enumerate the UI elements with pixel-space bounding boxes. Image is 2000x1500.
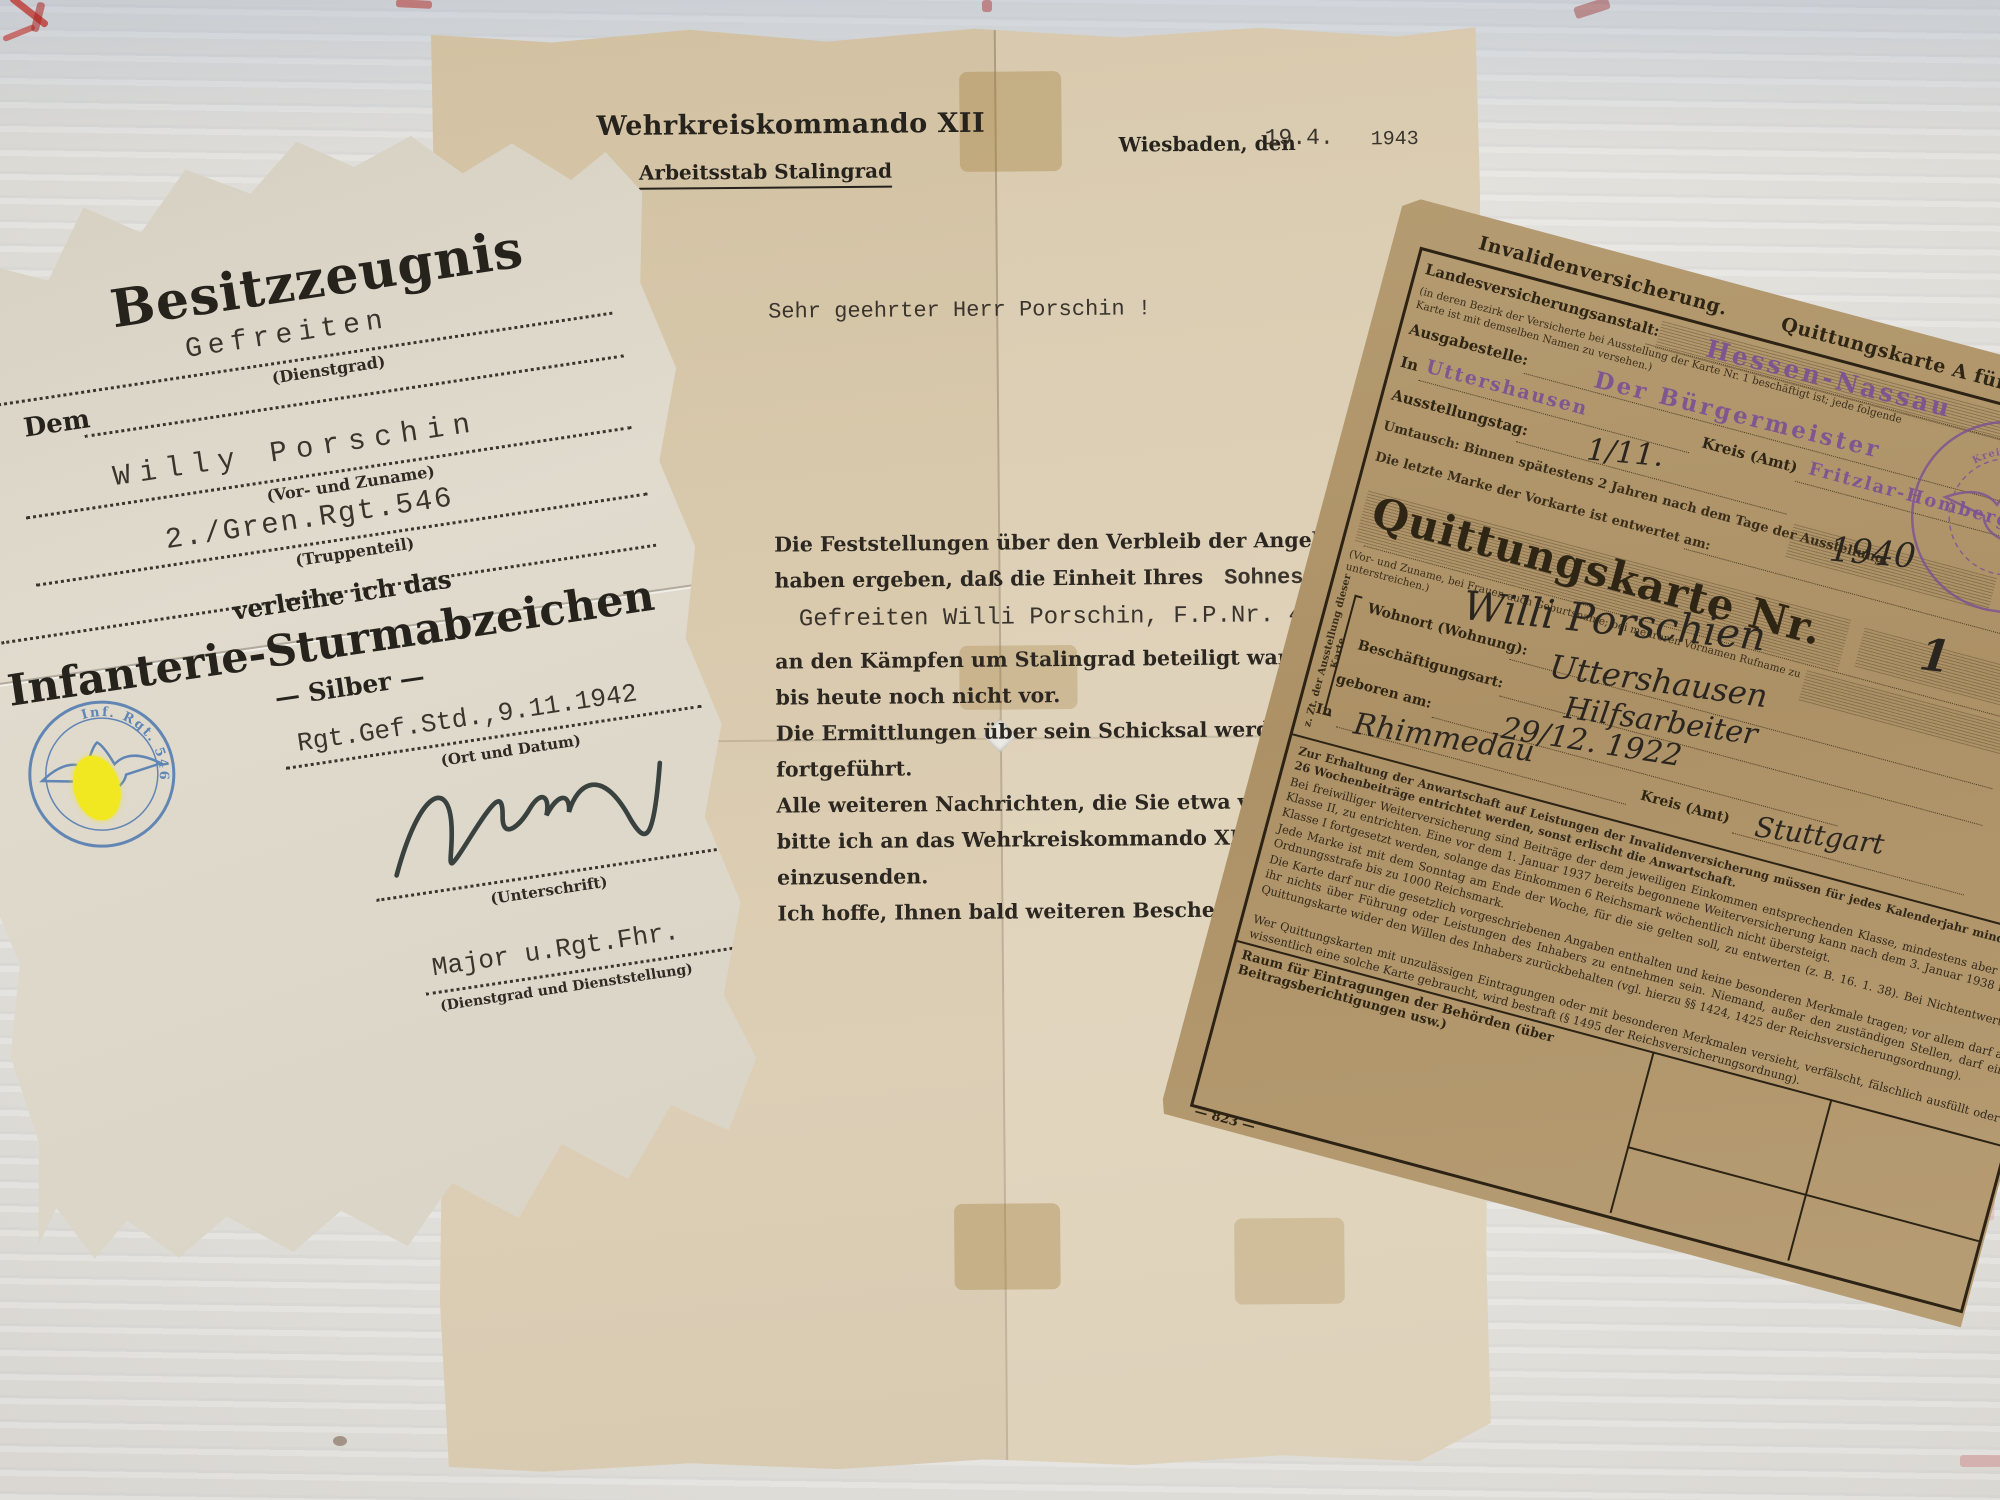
born-kreis-handwritten: Stuttgart bbox=[1753, 810, 1887, 861]
letter-body-line: haben ergeben, daß die Einheit Ihres Soh… bbox=[774, 563, 1369, 594]
photo-of-wwii-documents: Wehrkreiskommando XII Arbeitsstab Stalin… bbox=[0, 0, 2000, 1500]
svg-text:Kreis Fritzlar-Homberg: Kreis Fritzlar-Homberg bbox=[1957, 436, 2000, 541]
letter-body-line: fortgeführt. bbox=[776, 756, 912, 781]
letter-unit-header: Wehrkreiskommando XII bbox=[596, 108, 985, 142]
municipal-stamp-place-text: Uttershausen bbox=[1986, 421, 2000, 521]
svg-text:Uttershausen: Uttershausen bbox=[1986, 421, 2000, 521]
pink-scuff bbox=[1960, 1455, 2000, 1467]
letter-typed-date: 19.4. bbox=[1265, 125, 1334, 152]
letter-typed-year: 1943 bbox=[1371, 128, 1419, 151]
letter-body-line: einzusenden. bbox=[777, 864, 928, 889]
born-label: geboren am: bbox=[1334, 671, 1433, 712]
letter-body-line: bis heute noch nicht vor. bbox=[775, 683, 1060, 709]
rank-caption: (Dienstgrad) bbox=[271, 352, 387, 388]
letter-body-printed: haben ergeben, daß die Einheit Ihres bbox=[774, 565, 1203, 593]
grid-vline bbox=[1787, 1099, 1832, 1261]
dem-label: Dem bbox=[22, 404, 92, 444]
dirt-spot bbox=[333, 1436, 347, 1446]
red-mark-top bbox=[982, 0, 992, 12]
eagle-icon bbox=[1938, 466, 2000, 556]
municipal-stamp-kreis-text: Kreis Fritzlar-Homberg bbox=[1957, 436, 2000, 541]
letter-subunit-header: Arbeitsstab Stalingrad bbox=[639, 159, 892, 190]
letter-body-typed-line: Gefreiten Willi Porschin, F.P.Nr. 42 908 bbox=[799, 601, 1375, 633]
letter-salutation: Sehr geehrter Herr Porschin ! bbox=[768, 296, 1151, 324]
tape-stain bbox=[954, 1203, 1061, 1290]
card-number-handwritten: 1 bbox=[1917, 629, 1954, 683]
grid-hline bbox=[1627, 1146, 1979, 1242]
tape-stain bbox=[1234, 1218, 1345, 1305]
issue-day-handwritten: 1/11. bbox=[1585, 432, 1665, 474]
in-label: In bbox=[1398, 353, 1420, 375]
